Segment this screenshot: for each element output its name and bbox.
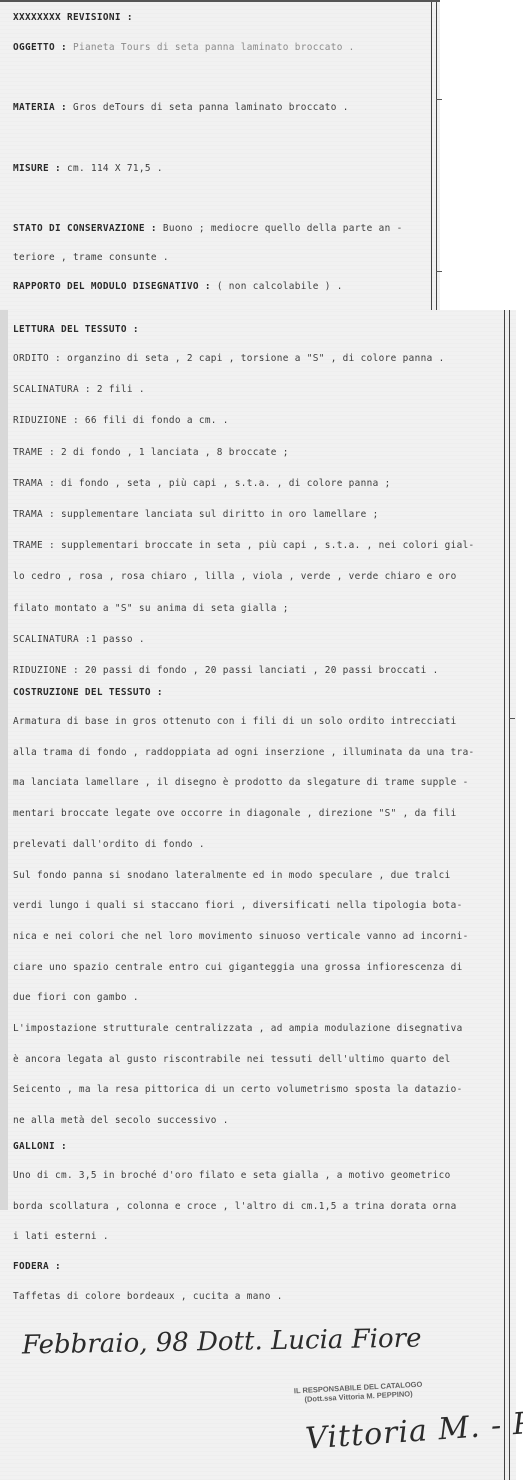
border-tick bbox=[436, 99, 442, 100]
field-stato-continuation: teriore , trame consunte . bbox=[13, 252, 169, 264]
field-rapporto-modulo: RAPPORTO DEL MODULO DISEGNATIVO : ( non … bbox=[13, 281, 343, 293]
text-line: Uno di cm. 3,5 in broché d'oro filato e … bbox=[13, 1170, 451, 1182]
field-value: Buono ; mediocre quello della parte an - bbox=[163, 223, 403, 234]
text-line: SCALINATURA : 2 fili . bbox=[13, 384, 145, 396]
text-line: SCALINATURA :1 passo . bbox=[13, 634, 145, 646]
text-line: L'impostazione strutturale centralizzata… bbox=[13, 1023, 463, 1035]
text-line: Sul fondo panna si snodano lateralmente … bbox=[13, 870, 451, 882]
text-line: nica e nei colori che nel loro movimento… bbox=[13, 931, 469, 943]
text-line: Seicento , ma la resa pittorica di un ce… bbox=[13, 1084, 463, 1096]
field-label: OGGETTO : bbox=[13, 42, 67, 53]
text-line: è ancora legata al gusto riscontrabile n… bbox=[13, 1054, 451, 1066]
text-line: ciare uno spazio centrale entro cui giga… bbox=[13, 962, 463, 974]
field-stato-conservazione: STATO DI CONSERVAZIONE : Buono ; mediocr… bbox=[13, 223, 403, 235]
text-line: ma lanciata lamellare , il disegno è pro… bbox=[13, 777, 469, 789]
field-materia: MATERIA : Gros deTours di seta panna lam… bbox=[13, 102, 349, 114]
text-line: ORDITO : organzino di seta , 2 capi , to… bbox=[13, 353, 445, 365]
field-label: MISURE : bbox=[13, 163, 61, 174]
field-label: XXXXXXXX REVISIONI : bbox=[13, 12, 133, 23]
section-heading-fodera: FODERA : bbox=[13, 1261, 61, 1273]
field-label: STATO DI CONSERVAZIONE : bbox=[13, 223, 157, 234]
field-oggetto: OGGETTO : Pianeta Tours di seta panna la… bbox=[13, 42, 355, 54]
field-value: Pianeta Tours di seta panna laminato bro… bbox=[73, 42, 355, 53]
field-value: Gros deTours di seta panna laminato broc… bbox=[73, 102, 349, 113]
field-misure: MISURE : cm. 114 X 71,5 . bbox=[13, 163, 163, 175]
border-tick bbox=[509, 718, 515, 719]
text-line: verdi lungo i quali si staccano fiori , … bbox=[13, 900, 463, 912]
text-line: RIDUZIONE : 20 passi di fondo , 20 passi… bbox=[13, 665, 439, 677]
section-heading-costruzione: COSTRUZIONE DEL TESSUTO : bbox=[13, 687, 163, 699]
field-value: ( non calcolabile ) . bbox=[217, 281, 343, 292]
text-line: TRAME : supplementari broccate in seta ,… bbox=[13, 540, 475, 552]
border-tick bbox=[436, 271, 442, 272]
section-heading-galloni: GALLONI : bbox=[13, 1141, 67, 1153]
section-heading-lettura: LETTURA DEL TESSUTO : bbox=[13, 324, 139, 336]
text-line: borda scollatura , colonna e croce , l'a… bbox=[13, 1201, 457, 1213]
page-border bbox=[504, 310, 510, 1480]
text-line: prelevati dall'ordito di fondo . bbox=[13, 839, 205, 851]
page-edge-shadow bbox=[0, 310, 8, 1210]
text-line: filato montato a "S" su anima di seta gi… bbox=[13, 603, 289, 615]
text-line: mentari broccate legate ove occorre in d… bbox=[13, 808, 457, 820]
text-line: TRAMA : di fondo , seta , più capi , s.t… bbox=[13, 478, 391, 490]
text-line: ne alla metà del secolo successivo . bbox=[13, 1115, 229, 1127]
text-line: Armatura di base in gros ottenuto con i … bbox=[13, 716, 457, 728]
field-label: MATERIA : bbox=[13, 102, 67, 113]
text-line: Taffetas di colore bordeaux , cucita a m… bbox=[13, 1291, 283, 1303]
text-line: TRAME : 2 di fondo , 1 lanciata , 8 broc… bbox=[13, 447, 289, 459]
page-border bbox=[431, 2, 437, 310]
field-value: cm. 114 X 71,5 . bbox=[67, 163, 163, 174]
text-line: lo cedro , rosa , rosa chiaro , lilla , … bbox=[13, 571, 457, 583]
field-value: teriore , trame consunte . bbox=[13, 252, 169, 263]
text-line: due fiori con gambo . bbox=[13, 992, 139, 1004]
text-line: RIDUZIONE : 66 fili di fondo a cm. . bbox=[13, 415, 229, 427]
field-revisioni: XXXXXXXX REVISIONI : bbox=[13, 12, 133, 24]
text-line: i lati esterni . bbox=[13, 1231, 109, 1243]
text-line: TRAMA : supplementare lanciata sul dirit… bbox=[13, 509, 379, 521]
field-label: RAPPORTO DEL MODULO DISEGNATIVO : bbox=[13, 281, 211, 292]
text-line: alla trama di fondo , raddoppiata ad ogn… bbox=[13, 747, 475, 759]
